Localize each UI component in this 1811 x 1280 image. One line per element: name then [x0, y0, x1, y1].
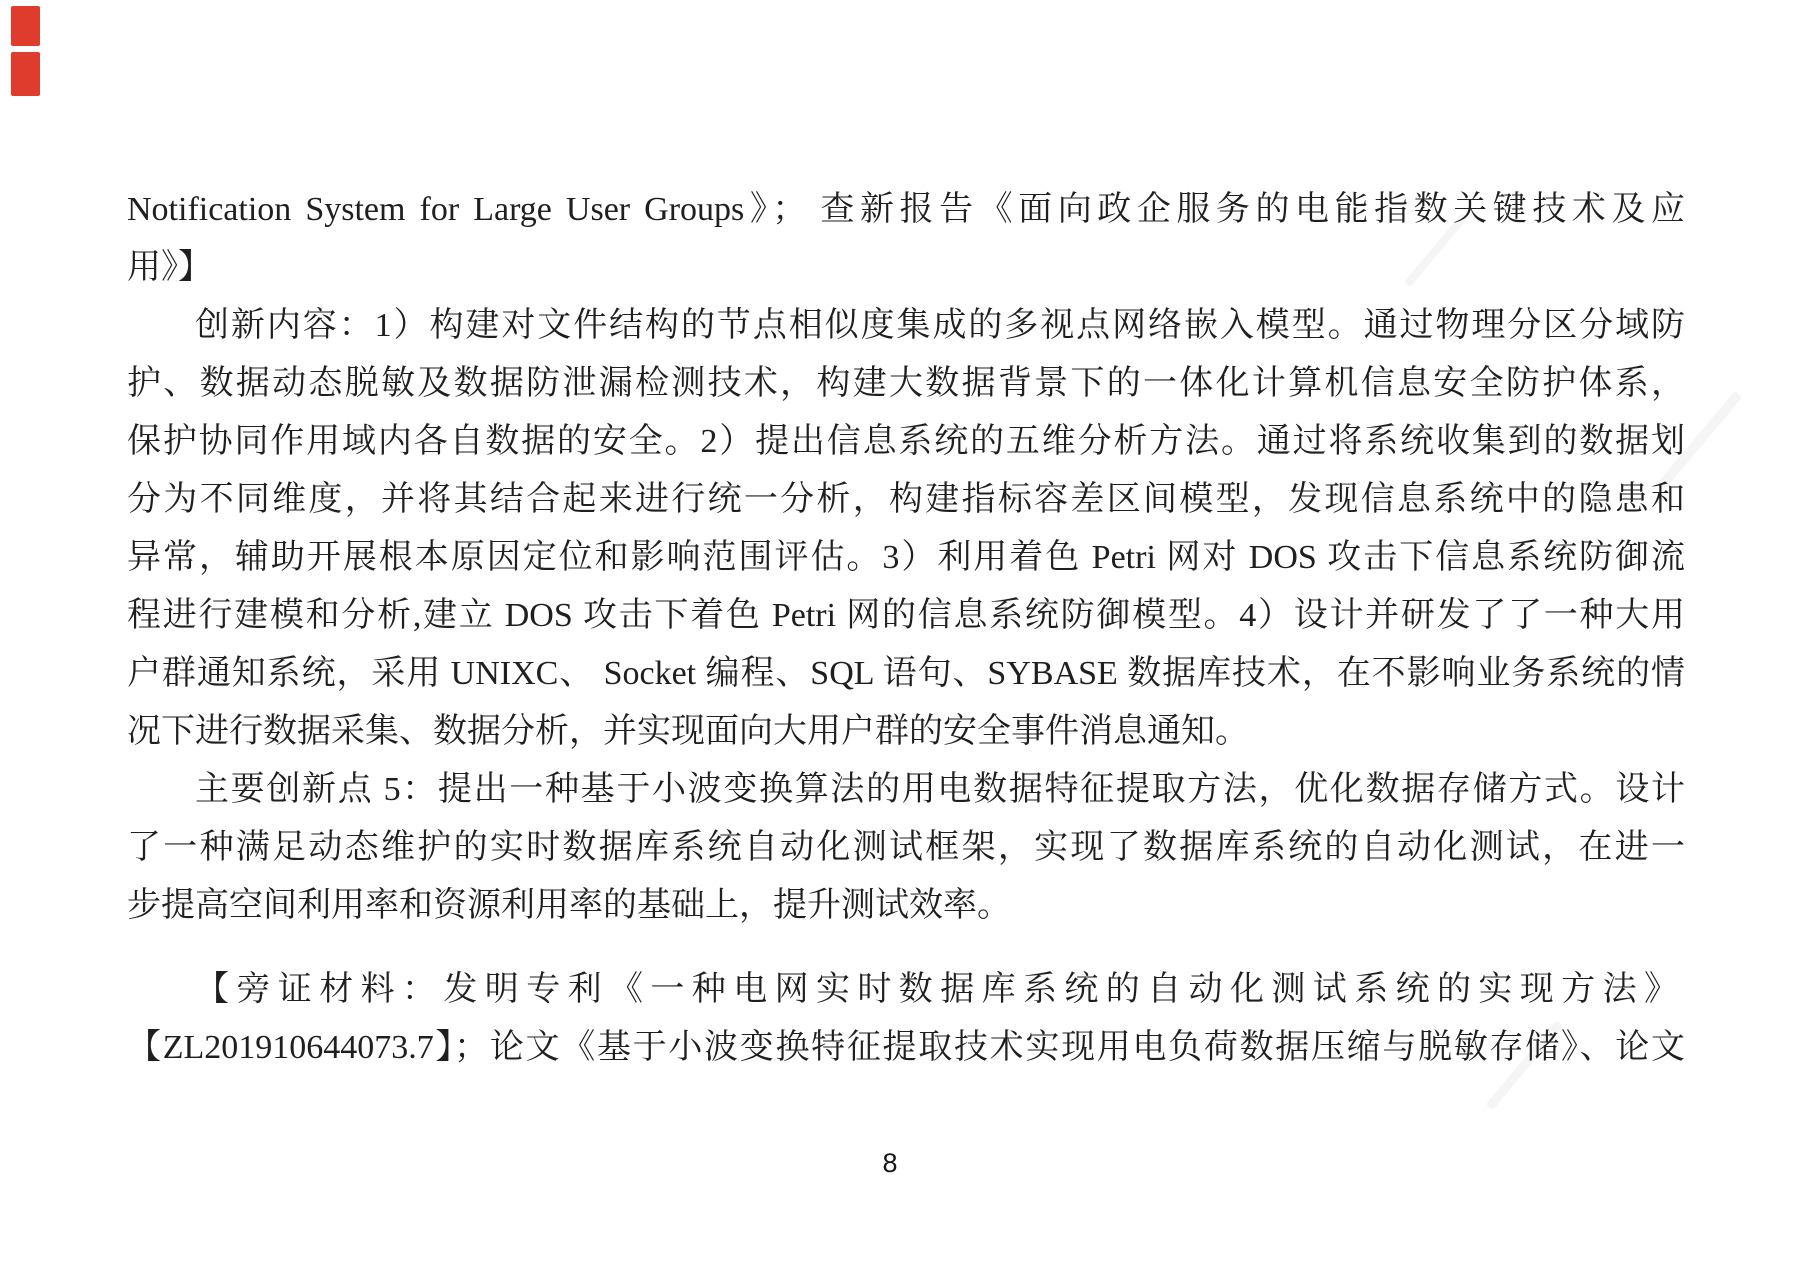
text-line-3: 创新内容：1）构建对文件结构的节点相似度集成的多视点网络嵌入模型。通过物理分区分…: [127, 297, 1685, 355]
text-line-5: 保护协同作用域内各自数据的安全。2）提出信息系统的五维分析方法。通过将系统收集到…: [127, 413, 1685, 471]
text-line-2: 用》】: [127, 239, 1685, 297]
text-line-14: 【旁证材料：发明专利《一种电网实时数据库系统的自动化测试系统的实现方法》: [127, 961, 1685, 1019]
red-stamp-mark-top: [11, 6, 40, 46]
text-line-11: 主要创新点 5：提出一种基于小波变换算法的用电数据特征提取方法，优化数据存储方式…: [127, 761, 1685, 819]
text-line-15: 【ZL201910644073.7】；论文《基于小波变换特征提取技术实现用电负荷…: [127, 1019, 1685, 1077]
text-line-1: Notification System for Large User Group…: [127, 181, 1685, 239]
text-line-9: 户群通知系统，采用 UNIXC、 Socket 编程、SQL 语句、SYBASE…: [127, 645, 1685, 703]
text-line-13: 步提高空间利用率和资源利用率的基础上，提升测试效率。: [127, 877, 1685, 935]
text-line-4: 护、数据动态脱敏及数据防泄漏检测技术，构建大数据背景下的一体化计算机信息安全防护…: [127, 355, 1685, 413]
page-number: 8: [0, 1148, 1780, 1179]
text-line-7: 异常，辅助开展根本原因定位和影响范围评估。3）利用着色 Petri 网对 DOS…: [127, 529, 1685, 587]
red-stamp-mark-bottom: [11, 52, 40, 96]
text-line-10: 况下进行数据采集、数据分析，并实现面向大用户群的安全事件消息通知。: [127, 703, 1685, 761]
text-line-6: 分为不同维度，并将其结合起来进行统一分析，构建指标容差区间模型，发现信息系统中的…: [127, 471, 1685, 529]
text-line-12: 了一种满足动态维护的实时数据库系统自动化测试框架，实现了数据库系统的自动化测试，…: [127, 819, 1685, 877]
document-body: Notification System for Large User Group…: [127, 181, 1685, 1077]
text-line-8: 程进行建模和分析,建立 DOS 攻击下着色 Petri 网的信息系统防御模型。4…: [127, 587, 1685, 645]
